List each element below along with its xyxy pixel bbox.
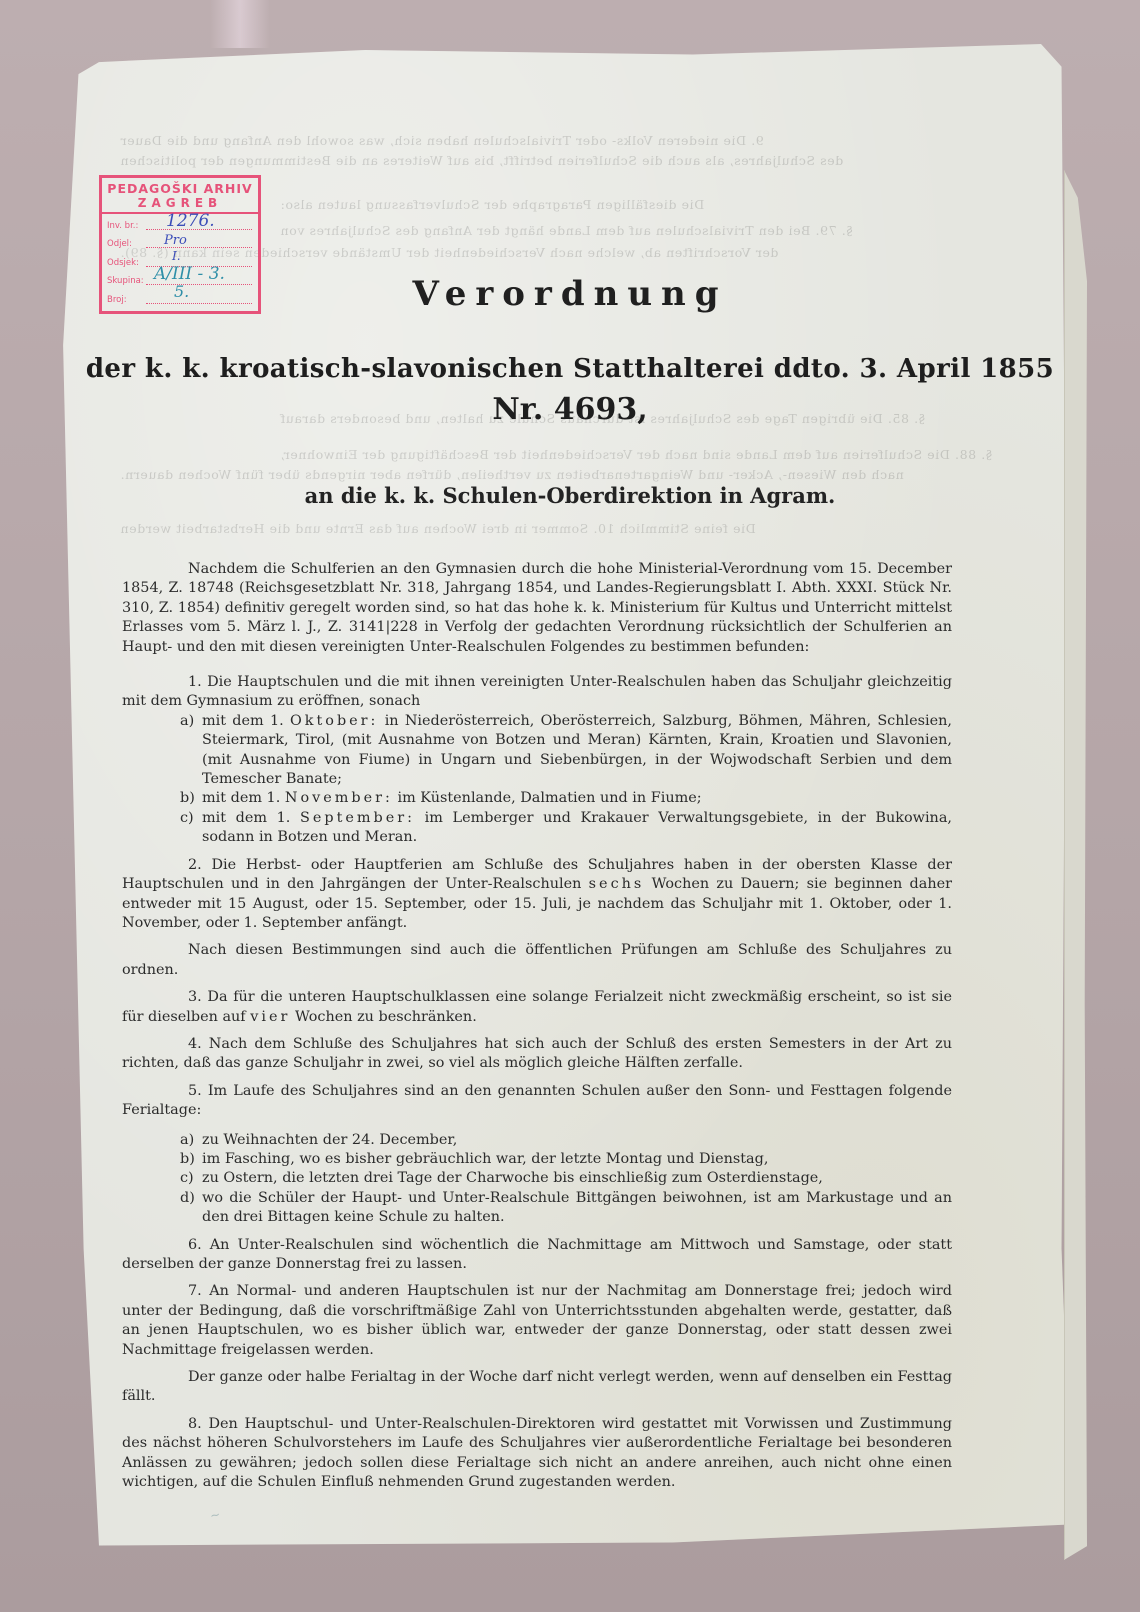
list-item-5c: c)zu Ostern, die letzten drei Tage der C…	[122, 1169, 952, 1188]
paragraph-7: 7. An Normal- und anderen Hauptschulen i…	[122, 1282, 952, 1360]
paragraph-8: 8. Den Hauptschul- und Unter-Realschulen…	[122, 1415, 952, 1493]
paragraph-7-note: Der ganze oder halbe Ferialtag in der Wo…	[122, 1368, 952, 1407]
stamp-row-inventory: Inv. br.: 1276.	[102, 214, 258, 233]
stamp-department-value: Pro	[164, 233, 187, 248]
paragraph-3: 3. Da für die unteren Hauptschulklassen …	[122, 988, 952, 1027]
stamp-inventory-number: 1276.	[166, 211, 215, 231]
list-item-5d: d)wo die Schüler der Haupt- und Unter-Re…	[122, 1189, 952, 1228]
document-issuer-date: der k. k. kroatisch-slavonischen Stattha…	[0, 354, 1140, 384]
document-body: Nachdem die Schulferien an den Gymnasien…	[122, 560, 952, 1492]
list-item-1a: a)mit dem 1. Oktober: in Niederösterreic…	[122, 712, 952, 790]
bleed-through-text: §. 79. Bei den Trivialschulen auf dem La…	[280, 222, 853, 239]
stamp-section-value: I.	[172, 249, 181, 263]
paragraph-1: 1. Die Hauptschulen und die mit ihnen ve…	[122, 673, 952, 712]
list-item-1c: c)mit dem 1. September: im Lemberger und…	[122, 809, 952, 848]
bleed-through-text: nach den Wiesen-, Acker- und Weingartena…	[120, 466, 904, 483]
light-glare	[210, 0, 270, 48]
paragraph-5: 5. Im Laufe des Schuljahres sind an den …	[122, 1082, 952, 1121]
bleed-through-text: Die feine Stimmlich 10. Sommer in drei W…	[120, 520, 756, 537]
document-addressee: an die k. k. Schulen-Oberdirektion in Ag…	[0, 483, 1140, 508]
paragraph-6: 6. An Unter-Realschulen sind wöchentlich…	[122, 1236, 952, 1275]
paragraph-4: 4. Nach dem Schluße des Schuljahres hat …	[122, 1035, 952, 1074]
bleed-through-text: 9. Die niederen Volks- oder Trivialschul…	[120, 132, 764, 149]
document-title: Verordnung	[0, 274, 1140, 314]
document-number: Nr. 4693,	[0, 392, 1140, 427]
list-item-1b: b)mit dem 1. November: im Küstenlande, D…	[122, 789, 952, 808]
paragraph-2: 2. Die Herbst- oder Hauptferien am Schlu…	[122, 856, 952, 934]
preamble: Nachdem die Schulferien an den Gymnasien…	[122, 560, 952, 657]
bleed-through-text: Die diesfälligen Paragraphe der Schulver…	[280, 196, 704, 213]
list-item-5a: a)zu Weihnachten der 24. December,	[122, 1131, 952, 1150]
stamp-title: PEDAGOŠKI ARHIV	[102, 181, 258, 196]
bleed-through-text: des Schuljahres, als auch die Schulferie…	[120, 152, 843, 169]
bleed-through-text: §. 88. Die Schulferien auf dem Lande sin…	[280, 446, 992, 463]
list-item-5b: b)im Fasching, wo es bisher gebräuchlich…	[122, 1150, 952, 1169]
paragraph-2-note: Nach diesen Bestimmungen sind auch die ö…	[122, 941, 952, 980]
